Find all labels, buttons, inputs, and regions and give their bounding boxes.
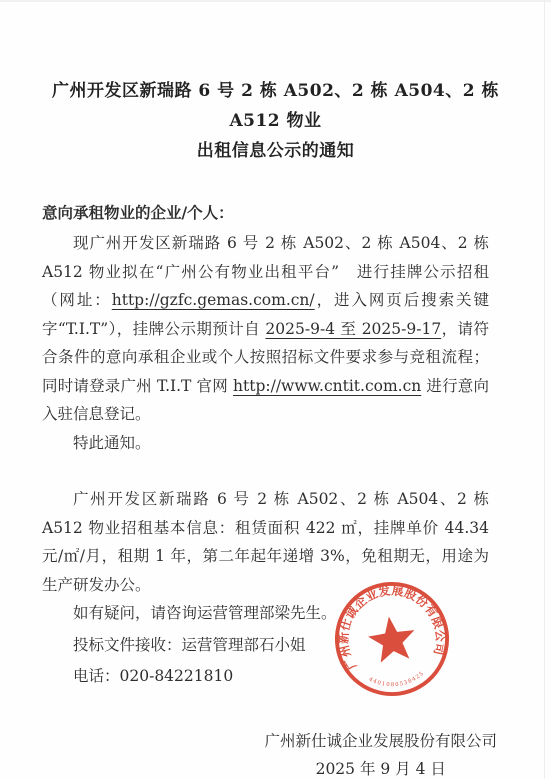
document-title: 广州开发区新瑞路 6 号 2 栋 A502、2 栋 A504、2 栋 A512 … bbox=[28, 76, 523, 166]
signature-company: 广州新仕诚企业发展股份有限公司 bbox=[264, 727, 497, 755]
document-title-line1: 广州开发区新瑞路 6 号 2 栋 A502、2 栋 A504、2 栋 A512 … bbox=[28, 76, 523, 136]
paragraph-rental-info: 广州开发区新瑞路 6 号 2 栋 A502、2 栋 A504、2 栋 A512 … bbox=[42, 485, 489, 599]
listing-date-range: 2025-9-4 至 2025-9-17 bbox=[265, 320, 441, 338]
document-title-line2: 出租信息公示的通知 bbox=[28, 136, 523, 166]
signature-block: 广州新仕诚企业发展股份有限公司 2025 年 9 月 4 日 bbox=[264, 727, 497, 779]
contact-bid-receiver-line: 投标文件接收：运营管理部石小姐 bbox=[42, 631, 489, 660]
contact-inquiry-line: 如有疑问，请咨询运营管理部梁先生。 bbox=[42, 599, 489, 628]
document-page: 广州开发区新瑞路 6 号 2 栋 A502、2 栋 A504、2 栋 A512 … bbox=[0, 0, 551, 779]
cntit-website-url: http://www.cntit.com.cn bbox=[233, 377, 421, 395]
salutation: 意向承租物业的企业/个人： bbox=[42, 199, 489, 227]
signature-date: 2025 年 9 月 4 日 bbox=[264, 755, 497, 779]
scan-edge-artifact bbox=[544, 0, 545, 779]
document-body: 意向承租物业的企业/个人： 现广州开发区新瑞路 6 号 2 栋 A502、2 栋… bbox=[0, 199, 551, 691]
notice-closing: 特此通知。 bbox=[42, 429, 489, 458]
contact-phone-line: 电话：020-84221810 bbox=[42, 662, 489, 691]
paragraph-intro: 现广州开发区新瑞路 6 号 2 栋 A502、2 栋 A504、2 栋 A512… bbox=[42, 229, 489, 429]
gzfc-platform-url: http://gzfc.gemas.com.cn/ bbox=[112, 291, 315, 309]
